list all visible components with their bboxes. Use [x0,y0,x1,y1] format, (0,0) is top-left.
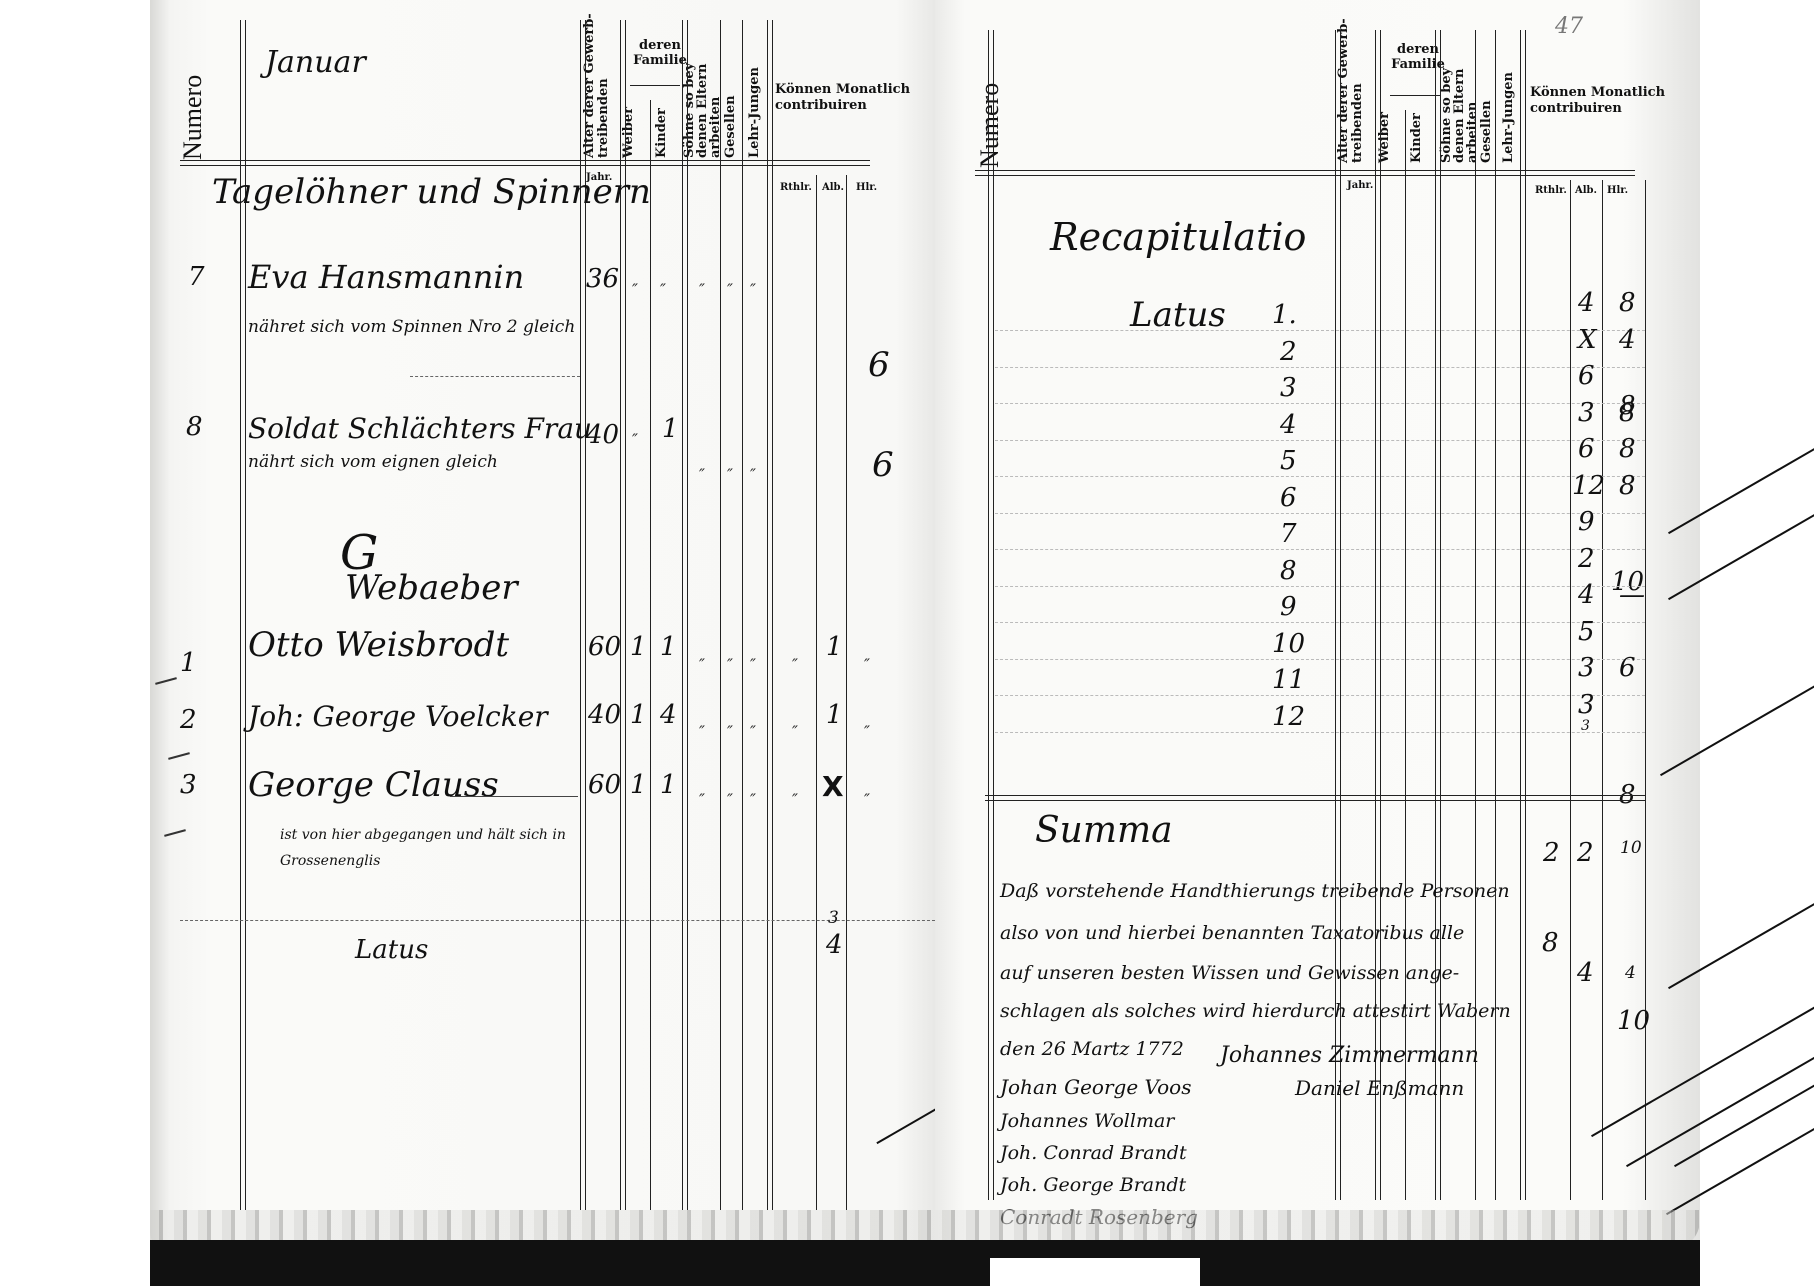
recap-guide-line [995,440,1645,441]
rule-numero [988,30,994,1200]
recap-guide-line [995,476,1645,477]
page-number: 47 [1555,14,1583,39]
summa-rthlr-struck: 8 [1542,928,1814,958]
row-lehr: ″ [750,280,756,299]
recap-alb: 4 [1578,580,1595,610]
signature: Joh. George Brandt [1000,1174,1186,1196]
row-alter: 60 [588,632,621,662]
row-gesellen: ″ [727,790,733,809]
recap-alb: 12 [1572,471,1605,501]
gesellen-header: Gesellen [1479,100,1494,163]
kinder-header: Kinder [654,108,669,158]
recap-guide-line [995,586,1645,587]
signature: Johannes Zimmermann [1220,1043,1479,1068]
recap-number: 4 [1280,410,1297,440]
filler-line [410,376,580,377]
section-title-weber: Webaeber [345,568,518,608]
alter-header: Alter derer Gewerb-treibenden [1337,13,1365,163]
check-mark [155,677,177,685]
header-rule [975,170,1635,176]
summa-hlr: 10 [1620,838,1642,858]
unit-hlr: Hlr. [856,182,877,193]
recap-number: 12 [1272,702,1305,732]
recap-guide-line [995,549,1645,550]
row-alter: 60 [588,770,621,800]
row-kinder: 1 [660,770,677,800]
row-name: Joh: George Voelcker [248,700,548,733]
rule-rthlr [816,175,817,1210]
recap-guide-line [995,622,1645,623]
recap-number: 2 [1280,337,1297,367]
gesellen-header: Gesellen [723,95,738,158]
row-alb: X [822,770,844,803]
attestation-line: Daß vorstehende Handthierungs treibende … [1000,880,1510,902]
section-title-tageloehner: Tagelöhner und Spinnern [212,172,651,212]
recap-alb: 3 [1578,653,1595,683]
summa-rthlr: 2 [1543,838,1560,868]
recap-hlr: 8 [1619,398,1636,428]
row-hlr: 6 [868,345,890,385]
recap-guide-line [995,367,1645,368]
recap-hlr: 8 [1619,471,1636,501]
row-lehr: ″ [750,722,756,741]
recap-hlr: 6 [1619,653,1636,683]
attestation-line: auf unseren besten Wissen und Gewissen a… [1000,962,1459,984]
kinder-header: Kinder [1409,113,1424,163]
soehne-header: Söhne so bey denen Eltern arbeiten [1440,28,1479,163]
signature: Johan George Voos [1000,1075,1191,1099]
recap-number: 8 [1280,556,1297,586]
recap-guide-line [995,513,1645,514]
recap-guide-line [995,659,1645,660]
row-alter: 36 [586,264,619,294]
row-soehne: ″ [699,722,705,741]
row-numero: 1 [180,648,197,678]
recap-guide-line [995,330,1645,331]
row-alter: 40 [588,700,621,730]
attestation-line: schlagen als solches wird hierdurch atte… [1000,1000,1511,1022]
rule-name [1335,30,1341,1200]
rule-alter [1375,30,1381,1200]
row-alter: 40 [586,420,619,450]
row-weiber: 1 [630,632,647,662]
row-soehne: ″ [699,655,705,674]
row-numero: 7 [188,262,205,292]
soehne-header: Söhne so bey denen Eltern arbeiten [683,23,722,158]
row-kinder: 1 [660,632,677,662]
row-alb: 1 [826,632,843,662]
recap-guide-line [995,403,1645,404]
row-soehne: ″ [699,465,705,484]
row-hlr: ″ [864,655,870,674]
row-note: ist von hier abgegangen und hält sich in… [280,822,580,874]
row-rthlr: ″ [792,790,798,809]
familie-label: deren Familie [633,38,687,68]
recap-alb: 4 [1578,288,1595,318]
row-note: nähret sich vom Spinnen Nro 2 gleich [248,310,578,344]
recap-hlr: 4 [1619,325,1814,355]
familie-rule [1390,95,1440,96]
row-hlr: 6 [872,445,894,485]
latus-rule [180,920,940,921]
recap-hlr: 8 [1619,780,1814,810]
recap-alb: 9 [1578,507,1595,537]
signature: Daniel Enßmann [1295,1076,1464,1100]
scan-background [150,1240,1700,1286]
recap-guide-line [995,695,1645,696]
row-gesellen: ″ [727,465,733,484]
contribuiren-header: Können Monatlich contribuiren [1530,85,1680,117]
scan-gap [990,1258,1200,1286]
rule-rthlr [1570,180,1571,1200]
recap-alb: 6 [1578,361,1595,391]
signature: Johannes Wollmar [1000,1110,1174,1132]
recap-number: 1. [1272,300,1297,330]
recap-alb: 2 [1578,544,1595,574]
recap-number: 10 [1272,629,1305,659]
row-hlr: ″ [864,790,870,809]
unit-rthlr: Rthlr. [1535,185,1567,196]
row-kinder: ″ [660,280,666,299]
numero-header: Numero [178,75,208,160]
recap-row: 2X4 [935,0,1700,30]
row-weiber: 1 [630,700,647,730]
rule-alb [846,175,847,1210]
rule-alb [1602,180,1603,1200]
rule-lehr [767,20,773,1210]
recap-alb: 6 [1578,434,1595,464]
lehrjungen-header: Lehr-Jungen [747,67,762,158]
row-gesellen: ″ [727,722,733,741]
rule-gesellen [1495,30,1496,1200]
row-kinder: 4 [660,700,677,730]
rule-kinder [1435,30,1441,1200]
recap-alb: 3 [1578,398,1595,428]
rule-soehne [1475,30,1476,1200]
recap-alb: X [1578,325,1597,355]
recap-hlr: 8 [1619,391,1814,421]
row-weiber: 1 [630,770,647,800]
row-numero: 2 [180,705,197,735]
row-name: Soldat Schlächters Frau [248,412,592,445]
row-weiber: ″ [632,430,638,449]
unit-alb: Alb. [822,182,844,193]
check-mark [164,829,186,837]
signature: Joh. Conrad Brandt [1000,1142,1187,1164]
month-heading: Januar [265,45,366,80]
row-numero: 3 [180,770,197,800]
row-name: Otto Weisbrodt [248,625,509,665]
recap-hlr: — [1619,580,1645,610]
rule-soehne [720,20,721,1210]
rule-weiber [650,100,651,1210]
attestation-line: also von und hierbei benannten Taxatorib… [1000,922,1464,944]
row-rthlr: ″ [792,722,798,741]
recap-number: 5 [1280,446,1297,476]
row-lehr: ″ [750,655,756,674]
row-gesellen: ″ [727,280,733,299]
rule-kinder [682,20,688,1210]
recapitulatio-title: Recapitulatio [1050,215,1306,259]
recap-number: 3 [1280,373,1297,403]
latus-label: Latus [355,935,428,965]
row-gesellen: ″ [727,655,733,674]
recap-alb: 5 [1578,617,1595,647]
recap-guide-line [995,732,1645,733]
row-soehne: ″ [699,790,705,809]
latus-alb: 3 [828,908,839,928]
summa-label: Summa [1035,810,1173,851]
check-mark [168,752,190,760]
row-rthlr: ″ [792,655,798,674]
row-kinder: 1 [662,414,679,444]
recap-alb: 3 [1578,690,1595,720]
row-lehr: ″ [750,465,756,484]
familie-header: deren Familie [630,38,690,68]
row-alb: 1 [826,700,843,730]
alter-header: Alter derer Gewerb-treibenden [583,8,611,158]
recap-row: 368 [935,30,1700,60]
attestation-line: den 26 Martz 1772 [1000,1038,1184,1060]
unit-alb: Alb. [1575,185,1597,196]
row-note: nährt sich vom eignen gleich [248,452,498,472]
lehrjungen-header: Lehr-Jungen [1501,72,1516,163]
row-numero: 8 [186,412,203,442]
summa-hlr-struck-top: 4 [1625,963,1814,983]
summa-hlr-struck: 10 [1617,1006,1814,1036]
rule-lehr [1520,30,1526,1200]
recap-number: 7 [1280,519,1297,549]
recap-number: 11 [1272,665,1305,695]
filler-line [450,796,578,797]
recap-extra-alb: 3 [1581,718,1590,734]
recap-hlr: 8 [1619,288,1636,318]
recap-number: 6 [1280,483,1297,513]
left-page: Numero Januar Alter derer Gewerb-treiben… [150,0,935,1245]
unit-hlr: Hlr. [1607,185,1628,196]
row-soehne: ″ [699,280,705,299]
row-weiber: ″ [632,280,638,299]
unit-rthlr: Rthlr. [780,182,812,193]
row-lehr: ″ [750,790,756,809]
summa-alb: 2 [1577,838,1594,868]
scanned-document: Numero Januar Alter derer Gewerb-treiben… [0,0,1814,1286]
row-name: George Clauss [248,765,499,805]
recap-number: 9 [1280,592,1297,622]
row-name: Eva Hansmannin [248,258,524,296]
row-hlr: ″ [864,722,870,741]
rule-weiber [1405,110,1406,1200]
contribuiren-header: Können Monatlich contribuiren [775,82,925,114]
right-page: 47 Numero Alter derer Gewerb-treibenden … [935,0,1700,1245]
recap-hlr: 8 [1619,434,1636,464]
familie-rule [630,85,680,86]
latus-label: Latus [1130,295,1226,335]
unit-jahr: Jahr. [1347,180,1373,191]
rule-gesellen [742,20,743,1210]
summa-rule [985,795,1645,801]
